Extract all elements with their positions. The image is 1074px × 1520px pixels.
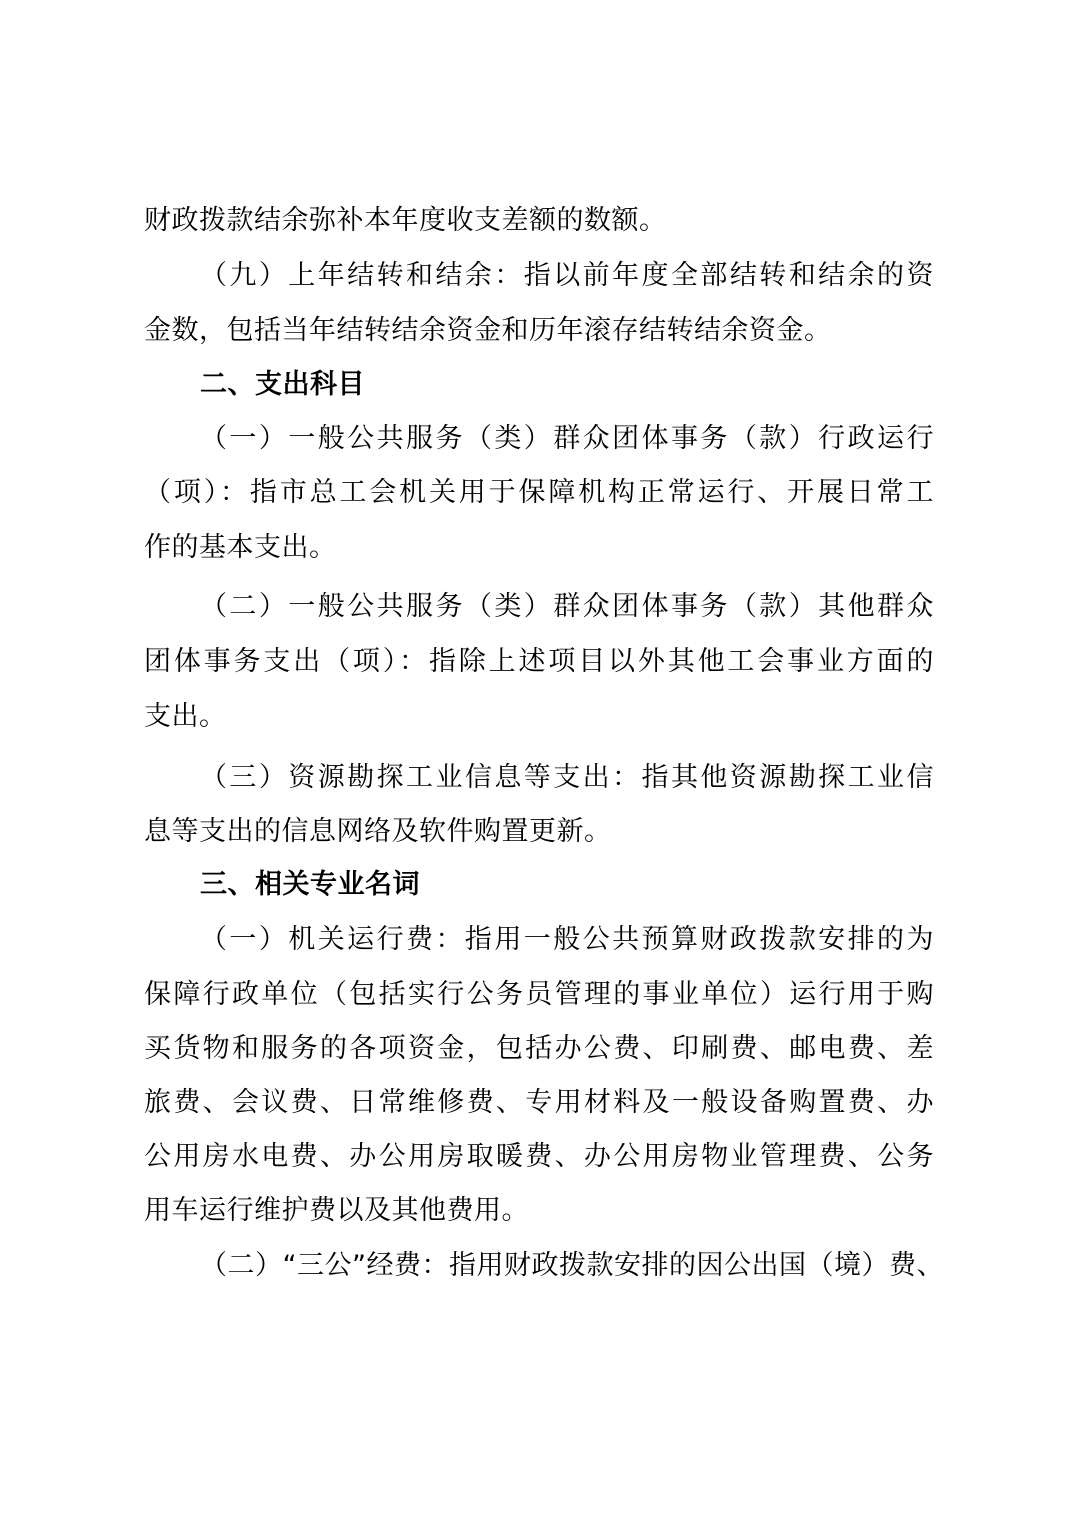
paragraph-line-item-2: （二）一般公共服务（类）群众团体事务（款）其他群众 (200, 590, 934, 624)
paragraph-line: 保障行政单位（包括实行公务员管理的事业单位）运行用于购 (144, 978, 934, 1012)
paragraph-line-item-3: （三）资源勘探工业信息等支出：指其他资源勘探工业信 (200, 761, 934, 795)
paragraph-line: （项）：指市总工会机关用于保障机构正常运行、开展日常工 (144, 476, 934, 510)
paragraph-line-term-2: （二）“三公”经费：指用财政拨款安排的因公出国（境）费、 (200, 1249, 934, 1283)
paragraph-line: 旅费、会议费、日常维修费、专用材料及一般设备购置费、办 (144, 1086, 934, 1120)
paragraph-line: 团体事务支出（项）：指除上述项目以外其他工会事业方面的 (144, 645, 934, 679)
paragraph-line-item-1: （一）一般公共服务（类）群众团体事务（款）行政运行 (200, 422, 934, 456)
paragraph-line: 公用房水电费、办公用房取暖费、办公用房物业管理费、公务 (144, 1140, 934, 1174)
paragraph-line: 息等支出的信息网络及软件购置更新。 (144, 815, 934, 849)
section-heading-expenditure-items: 二、支出科目 (200, 368, 934, 402)
section-heading-terms: 三、相关专业名词 (200, 868, 934, 902)
paragraph-line-item-9: （九）上年结转和结余：指以前年度全部结转和结余的资 (200, 259, 934, 293)
paragraph-line: 用车运行维护费以及其他费用。 (144, 1194, 934, 1228)
paragraph-line-term-1: （一）机关运行费：指用一般公共预算财政拨款安排的为 (200, 923, 934, 957)
paragraph-line: 支出。 (144, 700, 934, 734)
paragraph-line: 金数，包括当年结转结余资金和历年滚存结转结余资金。 (144, 314, 934, 348)
paragraph-line: 作的基本支出。 (144, 531, 934, 565)
paragraph-line: 买货物和服务的各项资金，包括办公费、印刷费、邮电费、差 (144, 1032, 934, 1066)
paragraph-line-continuation: 财政拨款结余弥补本年度收支差额的数额。 (144, 204, 934, 238)
document-page: 财政拨款结余弥补本年度收支差额的数额。 （九）上年结转和结余：指以前年度全部结转… (0, 0, 1074, 1520)
